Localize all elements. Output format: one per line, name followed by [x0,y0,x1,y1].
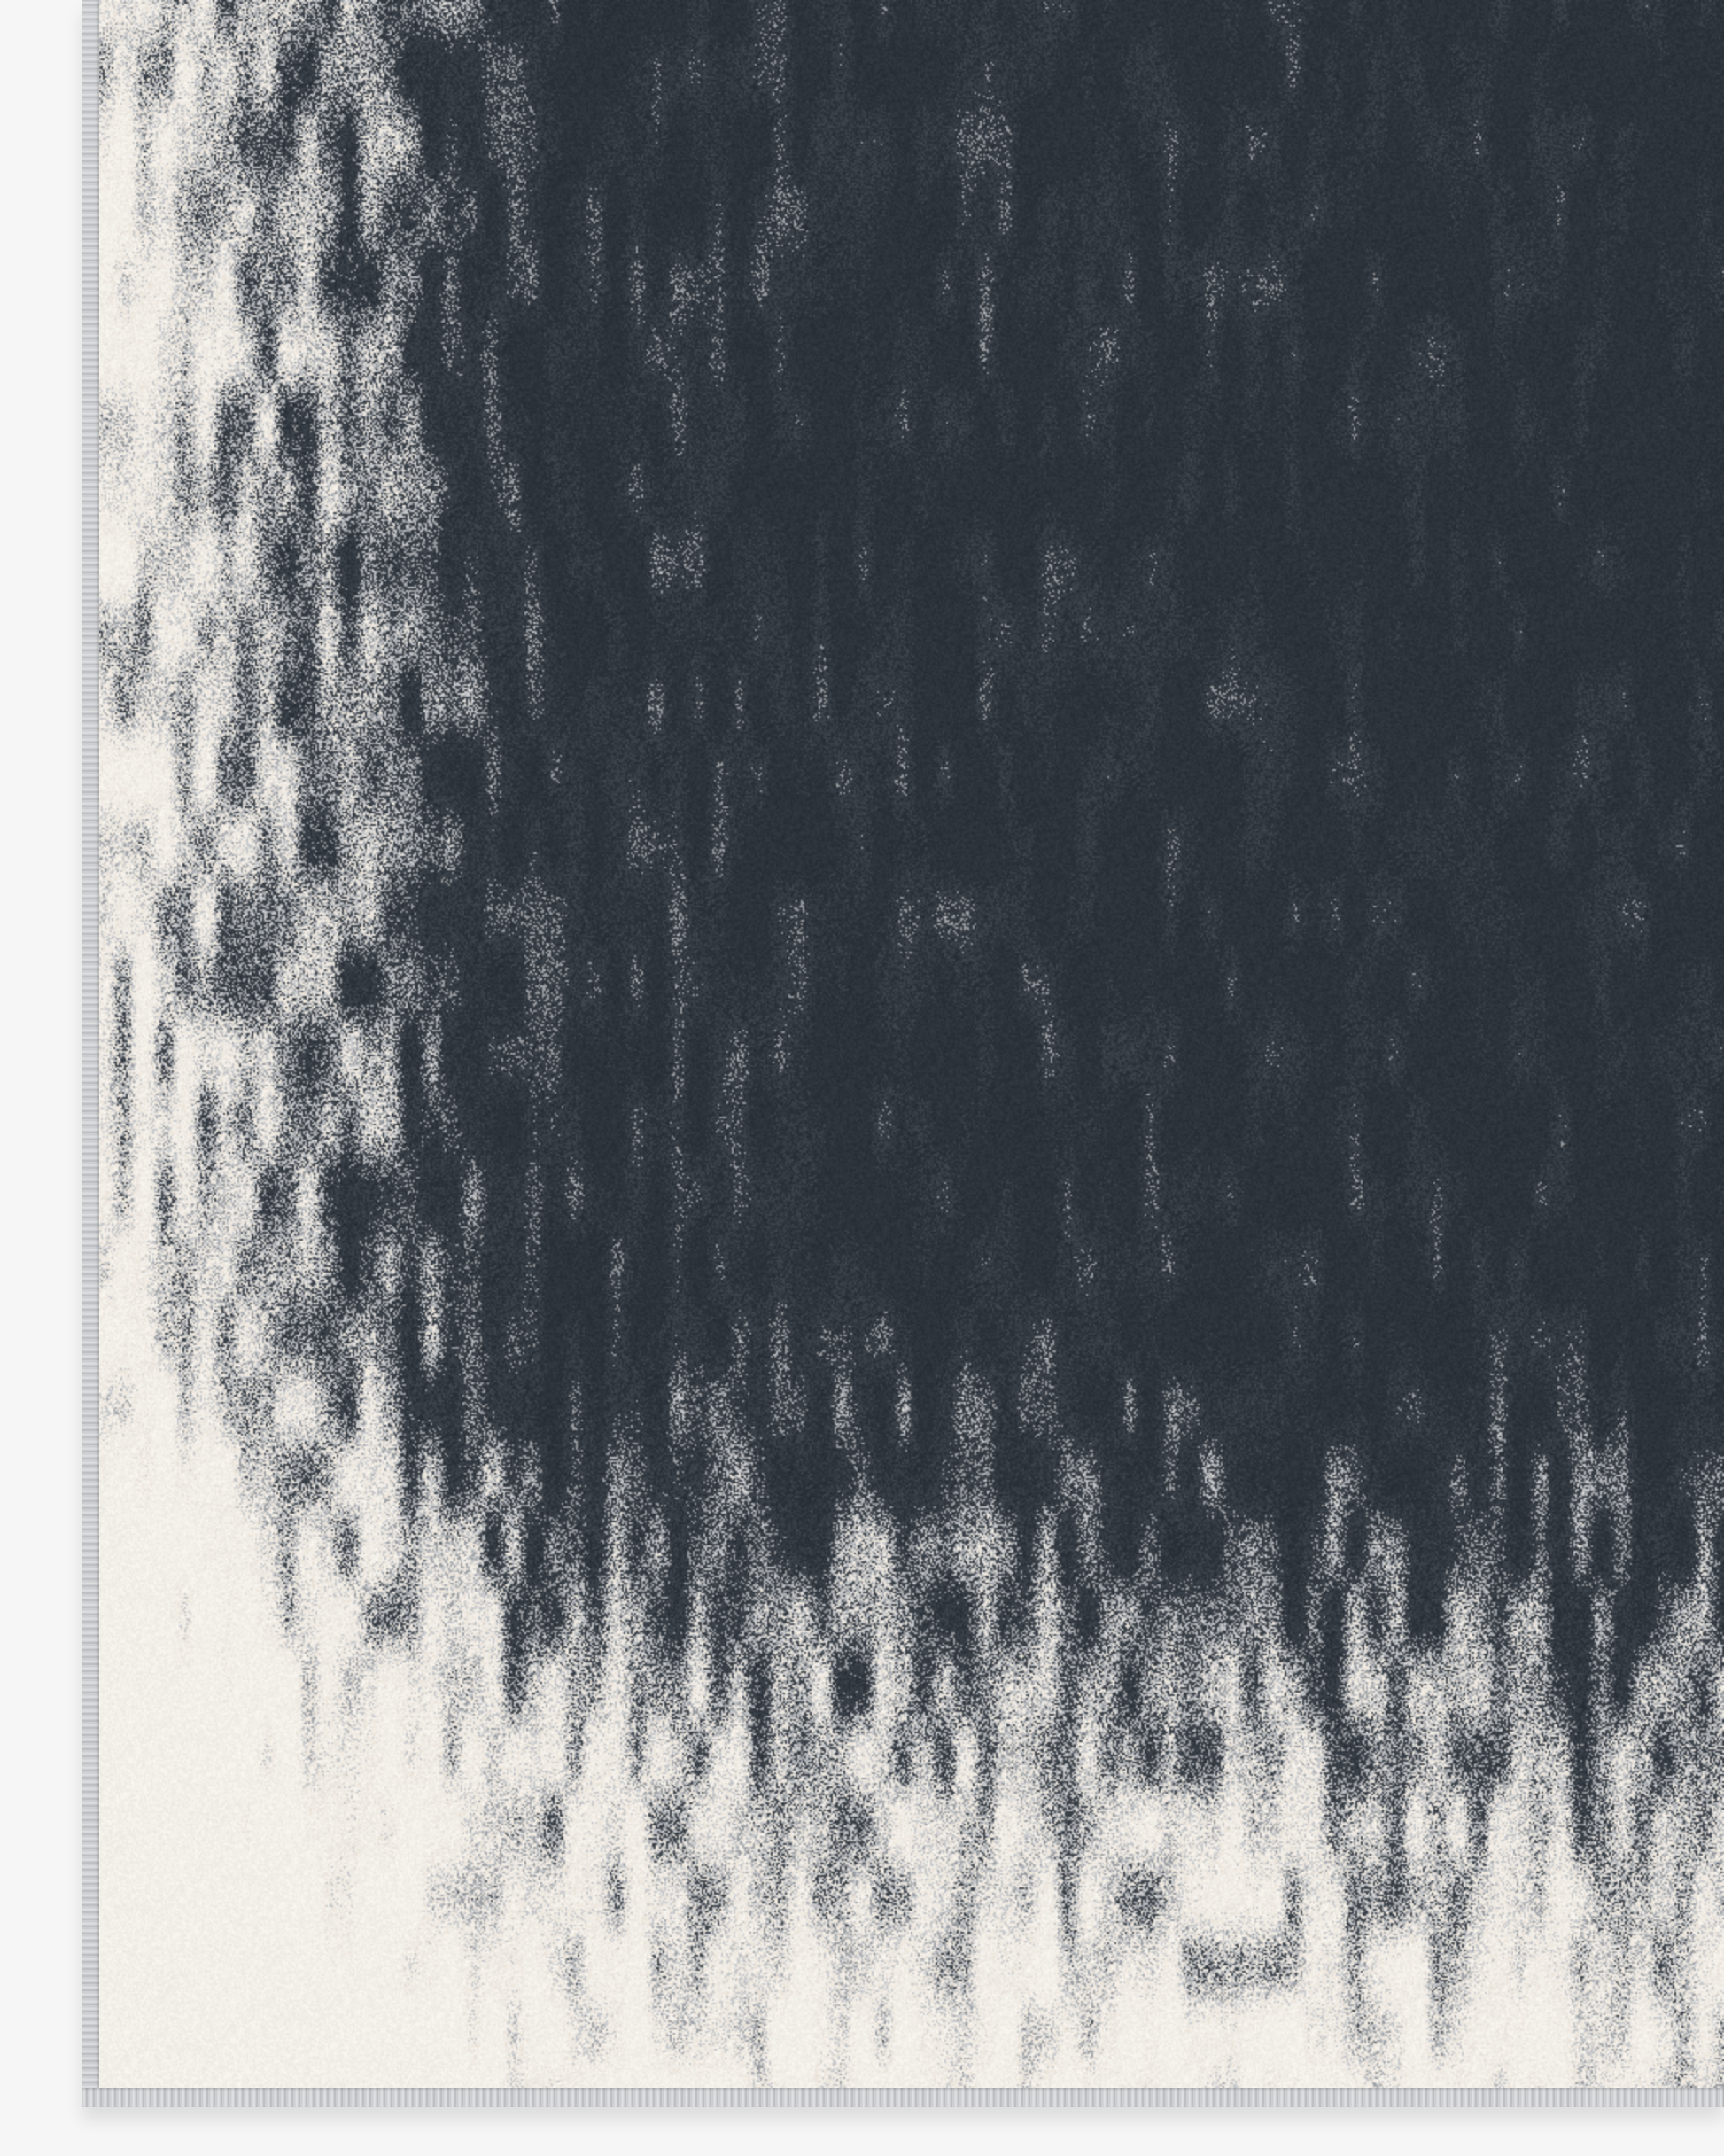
rug-photo [0,0,1724,2156]
rug-binding-left-edge [82,0,99,2107]
rug-binding-bottom-edge [82,2088,1724,2107]
rug-body [82,0,1724,2107]
rug-pattern [82,0,1724,2107]
